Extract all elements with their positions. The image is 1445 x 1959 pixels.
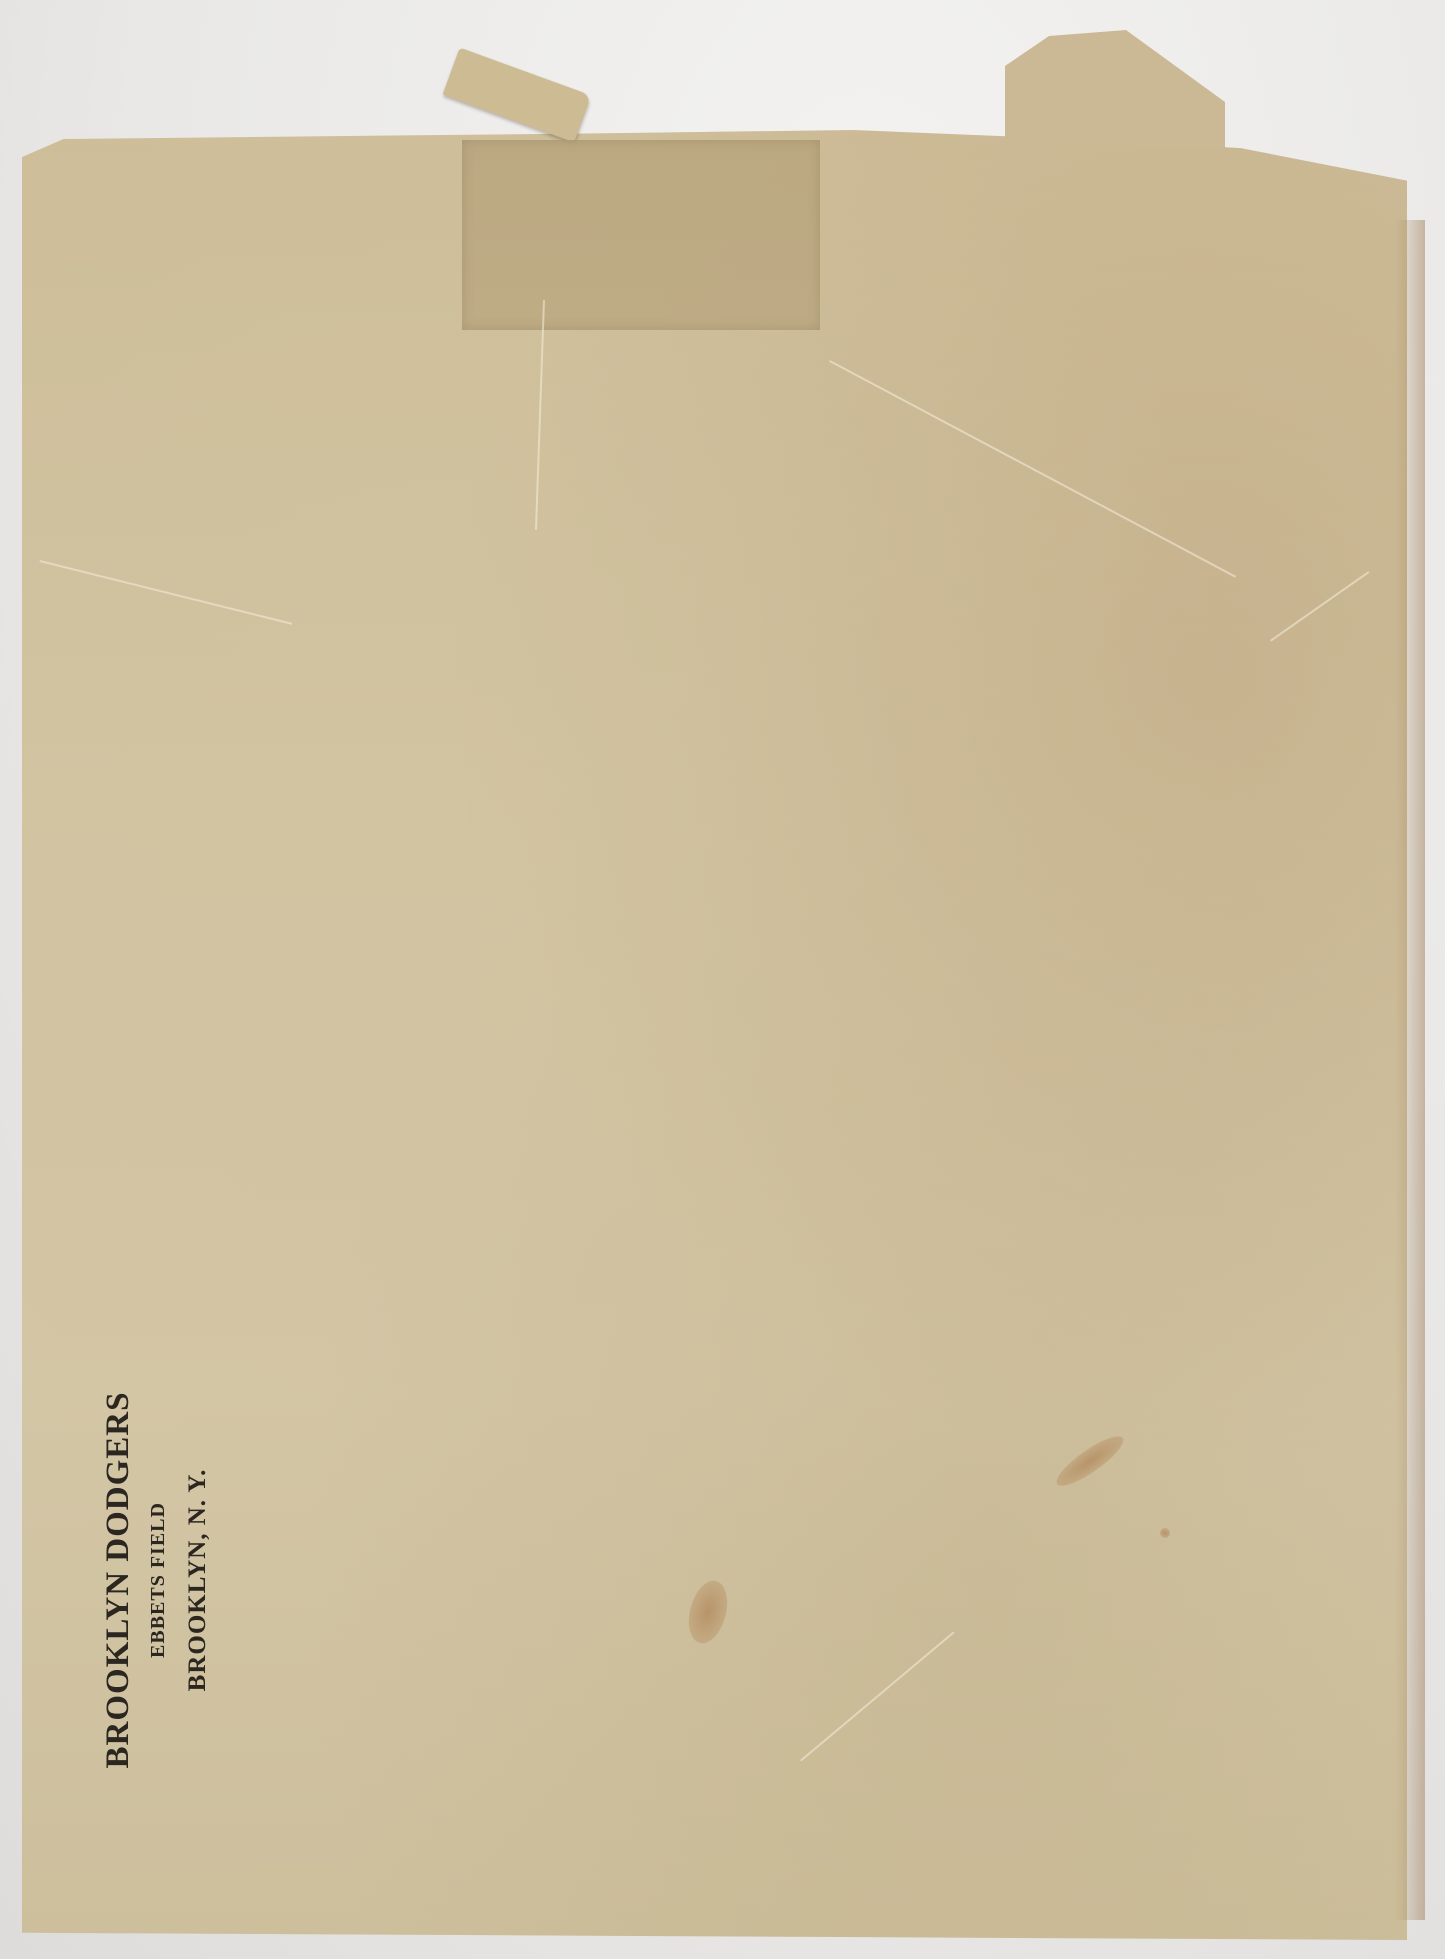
torn-flap	[1005, 30, 1225, 150]
return-address-name: BROOKLYN DODGERS	[100, 1300, 137, 1860]
return-address-venue: EBBETS FIELD	[147, 1300, 170, 1860]
return-address: BROOKLYN DODGERS EBBETS FIELD BROOKLYN, …	[100, 1300, 212, 1860]
envelope-right-edge-shadow	[1395, 220, 1425, 1920]
envelope	[22, 130, 1407, 1940]
return-address-city: BROOKLYN, N. Y.	[184, 1300, 212, 1860]
stain-spot	[1160, 1528, 1170, 1538]
tape-strip	[462, 140, 820, 330]
curled-tape-piece	[443, 48, 592, 143]
